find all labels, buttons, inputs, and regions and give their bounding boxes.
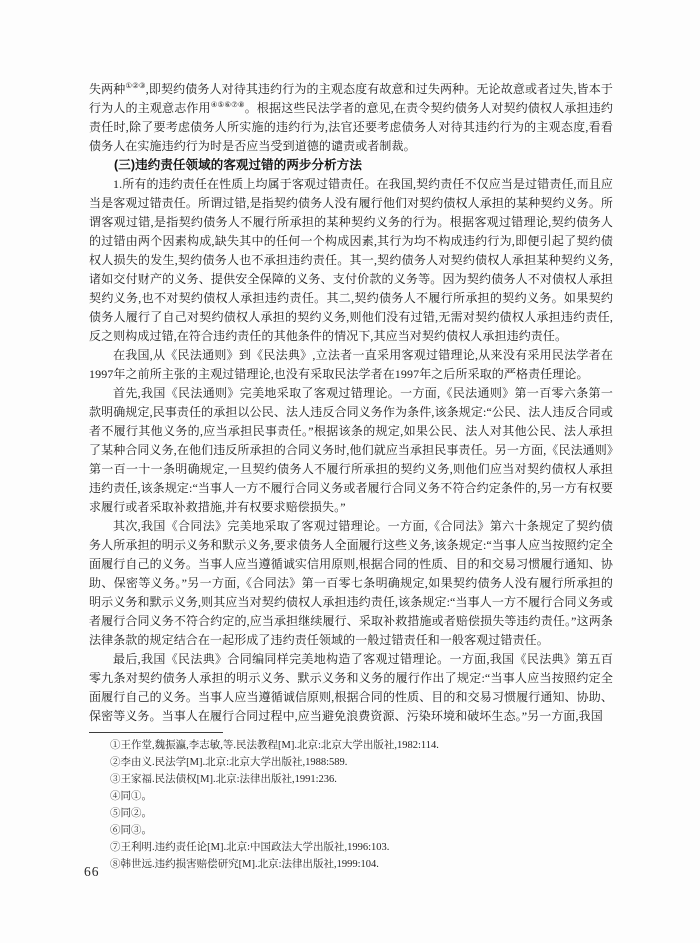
footnote-ref-marker: ④⑤⑥⑦⑧ bbox=[211, 100, 245, 109]
footnote-item: ①王作堂,魏振瀛,李志敏,等.民法教程[M].北京:北京大学出版社,1982:1… bbox=[89, 737, 613, 754]
paragraph-minfa-tongze: 首先,我国《民法通则》完美地采取了客观过错理论。一方面,《民法通则》第一百零六条… bbox=[89, 384, 613, 517]
footnote-item: ⑧韩世远.违约损害赔偿研究[M].北京:法律出版社,1999:104. bbox=[89, 856, 613, 873]
footnote-item: ⑥同③。 bbox=[89, 822, 613, 839]
document-page: 失两种①②③,即契约债务人对待其违约行为的主观态度有故意和过失两种。无论故意或者… bbox=[0, 0, 700, 943]
paragraph-text: 失两种 bbox=[89, 82, 125, 96]
footnotes: ①王作堂,魏振瀛,李志敏,等.民法教程[M].北京:北京大学出版社,1982:1… bbox=[89, 737, 613, 873]
footnote-ref-marker: ①②③ bbox=[125, 81, 145, 90]
section-heading: (三)违约责任领域的客观过错的两步分析方法 bbox=[89, 156, 613, 175]
footnote-item: ②李由义.民法学[M].北京:北京大学出版社,1988:589. bbox=[89, 754, 613, 771]
paragraph-objective-fault: 1.所有的违约责任在性质上均属于客观过错责任。在我国,契约责任不仅应当是过错责任… bbox=[89, 175, 613, 346]
footnote-item: ④同①。 bbox=[89, 788, 613, 805]
footnote-item: ③王家福.民法债权[M].北京:法律出版社,1991:236. bbox=[89, 771, 613, 788]
paragraph-continuation: 失两种①②③,即契约债务人对待其违约行为的主观态度有故意和过失两种。无论故意或者… bbox=[89, 80, 613, 156]
body-text: 失两种①②③,即契约债务人对待其违约行为的主观态度有故意和过失两种。无论故意或者… bbox=[89, 80, 613, 726]
paragraph-minfadian: 最后,我国《民法典》合同编同样完美地构造了客观过错理论。一方面,我国《民法典》第… bbox=[89, 650, 613, 726]
footnote-item: ⑤同②。 bbox=[89, 805, 613, 822]
footnote-separator bbox=[89, 732, 223, 733]
footnote-item: ⑦王利明.违约责任论[M].北京:中国政法大学出版社,1996:103. bbox=[89, 839, 613, 856]
paragraph-hetongfa: 其次,我国《合同法》完美地采取了客观过错理论。一方面,《合同法》第六十条规定了契… bbox=[89, 517, 613, 650]
paragraph-legislation-overview: 在我国,从《民法通则》到《民法典》,立法者一直采用客观过错理论,从来没有采用民法… bbox=[89, 346, 613, 384]
page-number: 66 bbox=[84, 864, 100, 880]
